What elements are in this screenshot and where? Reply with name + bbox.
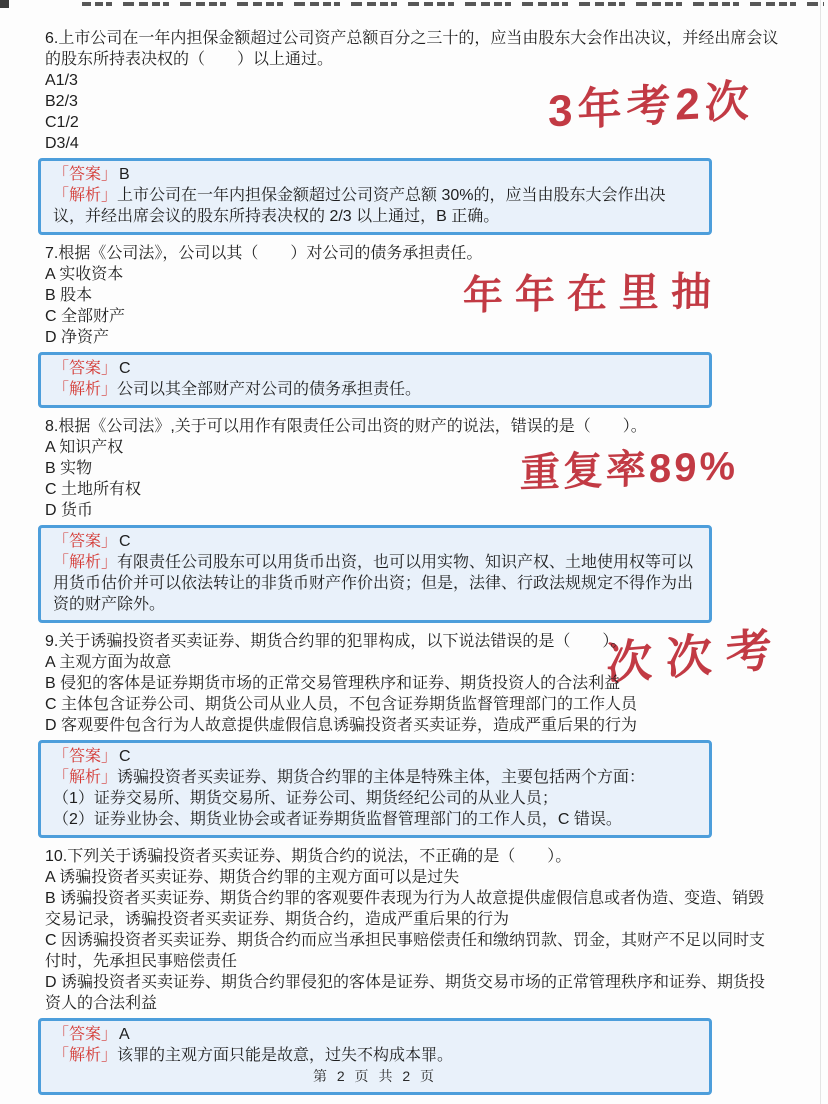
question-7-answer-row: 「答案」C <box>53 358 697 379</box>
question-10-analysis-row: 「解析」该罪的主观方面只能是故意，过失不构成本罪。 <box>53 1045 697 1066</box>
page-footer: 第 2 页 共 2 页 <box>53 1066 697 1087</box>
question-8-analysis-text: 有限责任公司股东可以用货币出资，也可以用实物、知识产权、土地使用权等可以用货币估… <box>53 554 693 613</box>
question-7-analysis-row: 「解析」公司以其全部财产对公司的债务承担责任。 <box>53 379 697 400</box>
question-9-analysis-line-3: （2）证券业协会、期货业协会或者证券期货监督管理部门的工作人员，C 错误。 <box>53 809 697 830</box>
question-9-option-b: B 侵犯的客体是证券期货市场的正常交易管理秩序和证券、期货投资人的合法利益 <box>38 673 780 694</box>
question-6-answer-box: 「答案」B 「解析」上市公司在一年内担保金额超过公司资产总额 30%的，应当由股… <box>38 158 712 235</box>
question-6-option-b: B2/3 <box>38 91 780 112</box>
analysis-label: 「解析」 <box>53 769 117 786</box>
question-8-option-b: B 实物 <box>38 458 780 479</box>
question-6-option-d: D3/4 <box>38 133 780 154</box>
question-9-answer-box: 「答案」C 「解析」诱骗投资者买卖证券、期货合约罪的主体是特殊主体，主要包括两个… <box>38 740 712 838</box>
question-8-option-c: C 土地所有权 <box>38 479 780 500</box>
question-10: 10.下列关于诱骗投资者买卖证券、期货合约的说法，不正确的是（ ）。 A 诱骗投… <box>38 846 712 1095</box>
question-10-option-b: B 诱骗投资者买卖证券、期货合约罪的客观要件表现为行为人故意提供虚假信息或者伪造… <box>38 888 780 930</box>
question-8-stem: 8.根据《公司法》,关于可以用作有限责任公司出资的财产的说法，错误的是（ ）。 <box>38 416 780 437</box>
question-6-analysis-row: 「解析」上市公司在一年内担保金额超过公司资产总额 30%的，应当由股东大会作出决… <box>53 185 697 227</box>
question-7-answer-box: 「答案」C 「解析」公司以其全部财产对公司的债务承担责任。 <box>38 352 712 408</box>
analysis-label: 「解析」 <box>53 187 117 204</box>
question-10-option-d: D 诱骗投资者买卖证券、期货合约罪侵犯的客体是证券、期货交易市场的正常管理秩序和… <box>38 972 780 1014</box>
question-7-answer-value: C <box>119 360 131 377</box>
question-9-analysis-row: 「解析」诱骗投资者买卖证券、期货合约罪的主体是特殊主体，主要包括两个方面： <box>53 767 697 788</box>
question-9-analysis-line-2: （1）证券交易所、期货交易所、证券公司、期货经纪公司的从业人员； <box>53 788 697 809</box>
question-7-stem: 7.根据《公司法》，公司以其（ ）对公司的债务承担责任。 <box>38 243 780 264</box>
question-10-option-c: C 因诱骗投资者买卖证券、期货合约而应当承担民事赔偿责任和缴纳罚款、罚金，其财产… <box>38 930 780 972</box>
question-10-option-a: A 诱骗投资者买卖证券、期货合约罪的主观方面可以是过失 <box>38 867 780 888</box>
question-10-answer-row: 「答案」A <box>53 1024 697 1045</box>
question-6-option-c: C1/2 <box>38 112 780 133</box>
question-6-option-a: A1/3 <box>38 70 780 91</box>
question-9-answer-value: C <box>119 748 131 765</box>
analysis-label: 「解析」 <box>53 1047 117 1064</box>
question-6: 6.上市公司在一年内担保金额超过公司资产总额百分之三十的，应当由股东大会作出决议… <box>38 28 712 235</box>
question-7-option-d: D 净资产 <box>38 327 780 348</box>
exam-content: 6.上市公司在一年内担保金额超过公司资产总额百分之三十的，应当由股东大会作出决议… <box>0 0 750 1095</box>
question-7-option-b: B 股本 <box>38 285 780 306</box>
question-6-answer-row: 「答案」B <box>53 164 697 185</box>
question-8-option-d: D 货币 <box>38 500 780 521</box>
question-7: 7.根据《公司法》，公司以其（ ）对公司的债务承担责任。 A 实收资本 B 股本… <box>38 243 712 408</box>
question-6-analysis-text: 上市公司在一年内担保金额超过公司资产总额 30%的，应当由股东大会作出决议，并经… <box>53 187 666 225</box>
answer-label: 「答案」 <box>53 166 117 183</box>
question-10-answer-box: 「答案」A 「解析」该罪的主观方面只能是故意，过失不构成本罪。 第 2 页 共 … <box>38 1018 712 1095</box>
question-8-answer-value: C <box>119 533 131 550</box>
analysis-label: 「解析」 <box>53 554 117 571</box>
question-8-answer-box: 「答案」C 「解析」有限责任公司股东可以用货币出资，也可以用实物、知识产权、土地… <box>38 525 712 623</box>
question-9-answer-row: 「答案」C <box>53 746 697 767</box>
question-10-analysis-text: 该罪的主观方面只能是故意，过失不构成本罪。 <box>117 1047 453 1064</box>
answer-label: 「答案」 <box>53 360 117 377</box>
question-7-analysis-text: 公司以其全部财产对公司的债务承担责任。 <box>117 381 421 398</box>
question-8-option-a: A 知识产权 <box>38 437 780 458</box>
page-right-edge <box>820 0 821 1104</box>
question-7-option-c: C 全部财产 <box>38 306 780 327</box>
analysis-label: 「解析」 <box>53 381 117 398</box>
answer-label: 「答案」 <box>53 1026 117 1043</box>
question-8-answer-row: 「答案」C <box>53 531 697 552</box>
question-10-stem: 10.下列关于诱骗投资者买卖证券、期货合约的说法，不正确的是（ ）。 <box>38 846 780 867</box>
question-10-answer-value: A <box>119 1026 130 1043</box>
question-7-option-a: A 实收资本 <box>38 264 780 285</box>
question-6-stem: 6.上市公司在一年内担保金额超过公司资产总额百分之三十的，应当由股东大会作出决议… <box>38 28 780 70</box>
question-8-analysis-row: 「解析」有限责任公司股东可以用货币出资，也可以用实物、知识产权、土地使用权等可以… <box>53 552 697 615</box>
question-9-analysis-text: 诱骗投资者买卖证券、期货合约罪的主体是特殊主体，主要包括两个方面： <box>117 769 645 786</box>
question-6-answer-value: B <box>119 166 130 183</box>
exam-page: 3年考2次 年年在里抽 重复率89% 次次考 6.上市公司在一年内担保金额超过公… <box>0 0 828 1104</box>
answer-label: 「答案」 <box>53 748 117 765</box>
answer-label: 「答案」 <box>53 533 117 550</box>
question-8: 8.根据《公司法》,关于可以用作有限责任公司出资的财产的说法，错误的是（ ）。 … <box>38 416 712 623</box>
question-9-option-a: A 主观方面为故意 <box>38 652 780 673</box>
question-9-option-c: C 主体包含证券公司、期货公司从业人员，不包含证券期货监督管理部门的工作人员 <box>38 694 780 715</box>
question-9-stem: 9.关于诱骗投资者买卖证券、期货合约罪的犯罪构成，以下说法错误的是（ ）。 <box>38 631 780 652</box>
question-9: 9.关于诱骗投资者买卖证券、期货合约罪的犯罪构成，以下说法错误的是（ ）。 A … <box>38 631 712 838</box>
question-9-option-d: D 客观要件包含行为人故意提供虚假信息诱骗投资者买卖证券，造成严重后果的行为 <box>38 715 780 736</box>
